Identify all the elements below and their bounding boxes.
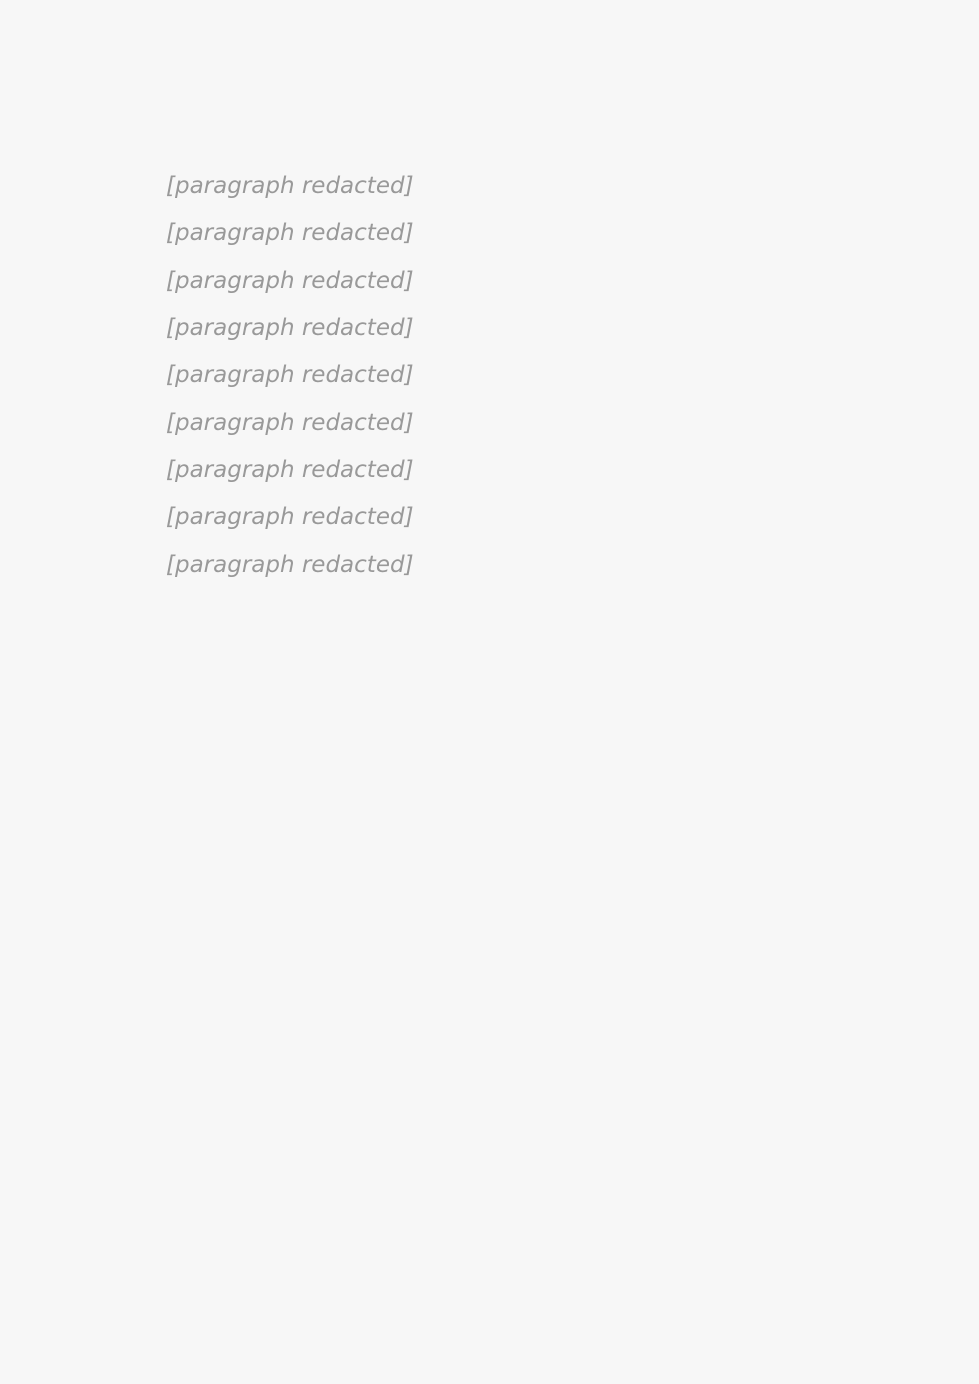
paragraph: [paragraph redacted] [120, 312, 859, 345]
paragraph: [paragraph redacted] [120, 265, 859, 298]
paragraph: [paragraph redacted] [120, 170, 859, 203]
paragraph: [paragraph redacted] [120, 359, 859, 392]
paragraph: [paragraph redacted] [120, 454, 859, 487]
paragraph: [paragraph redacted] [120, 407, 859, 440]
paragraph: [paragraph redacted] [120, 549, 859, 582]
paragraph: [paragraph redacted] [120, 217, 859, 250]
document-page: [paragraph redacted] [paragraph redacted… [0, 0, 979, 1384]
paragraph: [paragraph redacted] [120, 501, 859, 534]
